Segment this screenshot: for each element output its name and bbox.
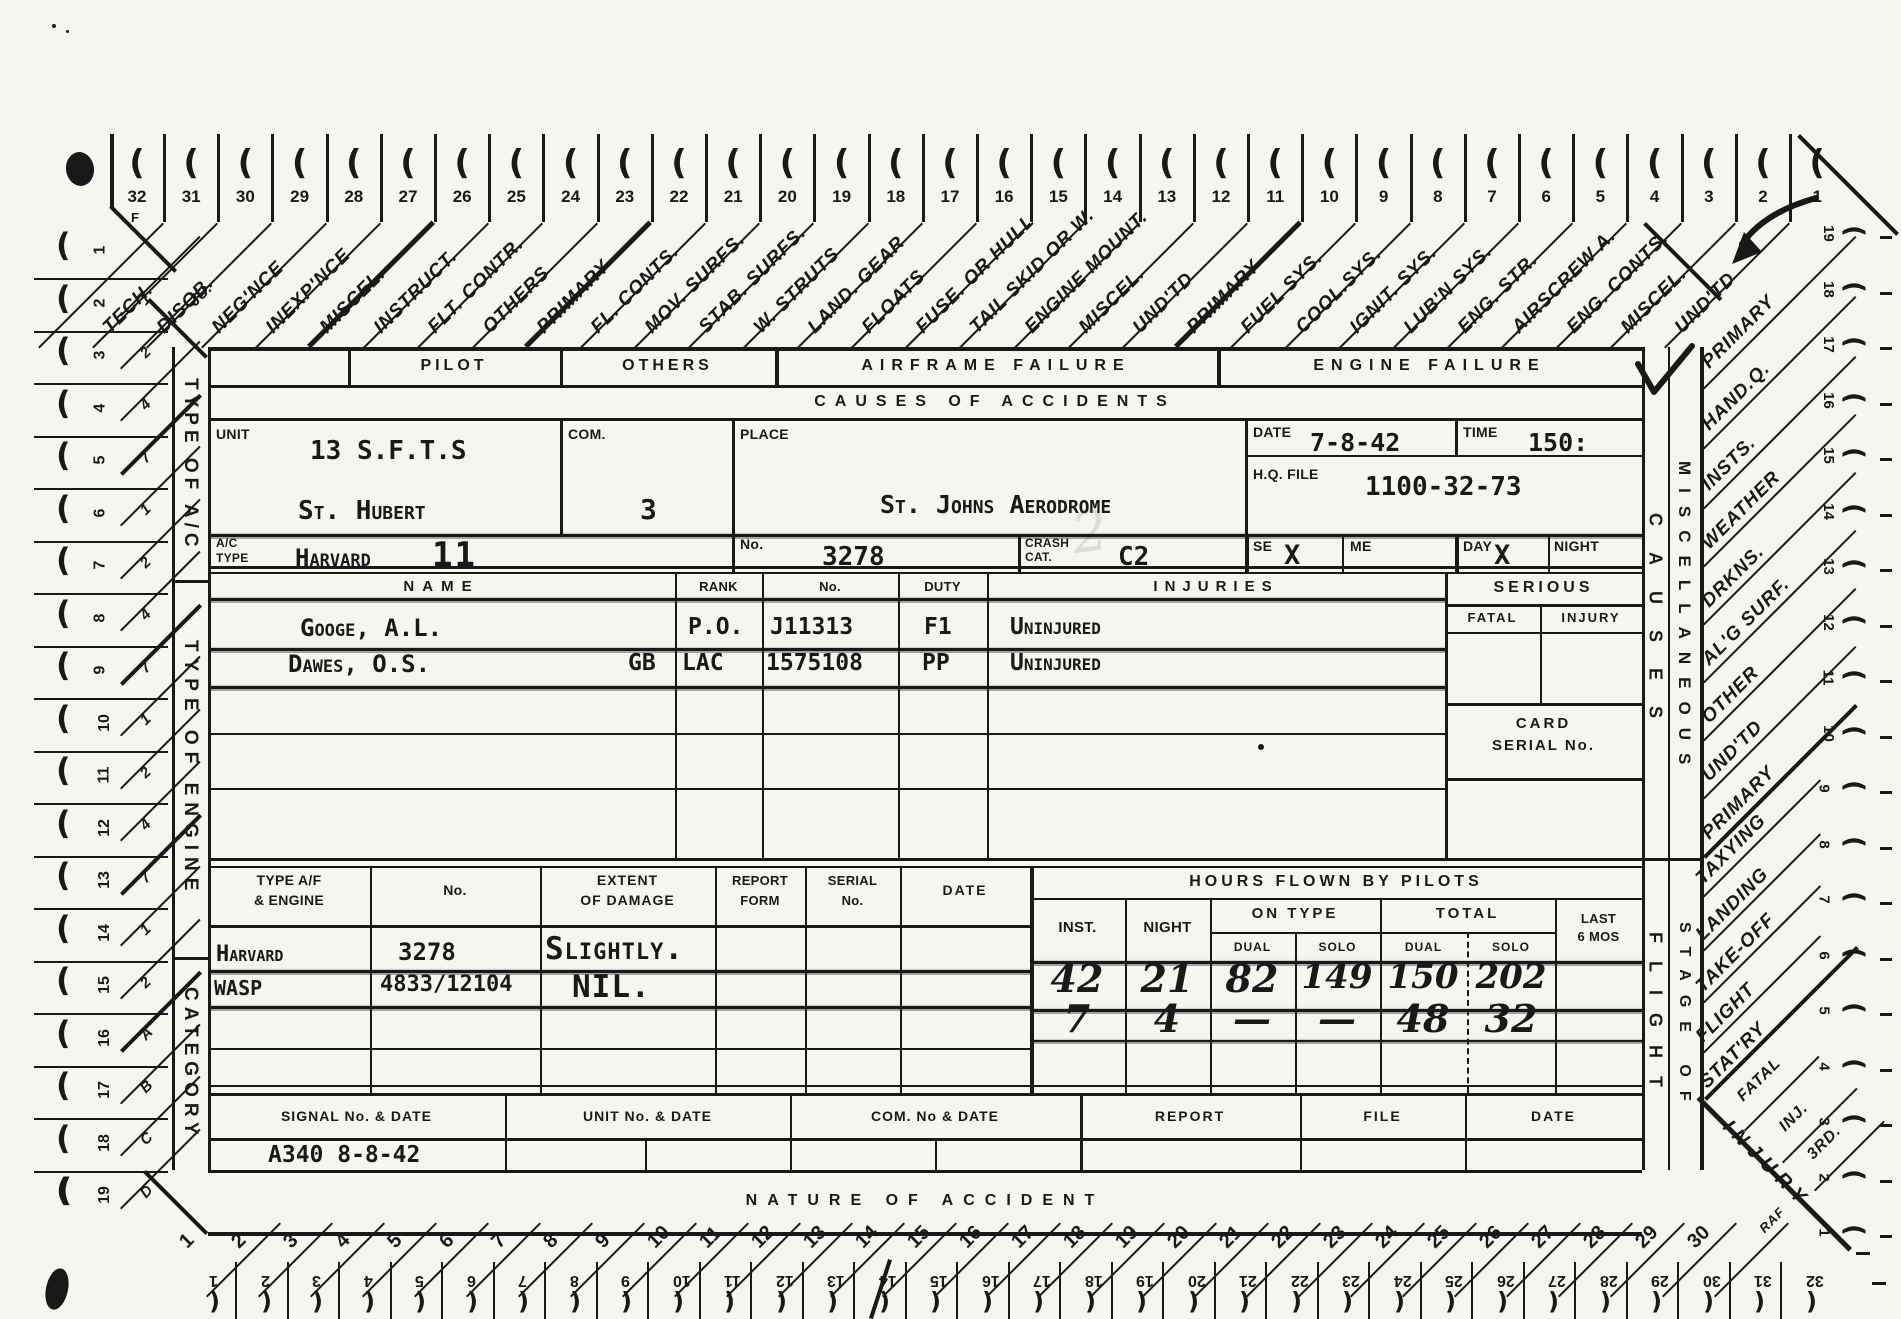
crew-duty: F1 <box>924 616 952 639</box>
punch-column-divider <box>1030 134 1033 222</box>
punch-column-divider <box>813 134 816 222</box>
punch-number: 15 <box>97 976 113 994</box>
header-airframe-failure: AIRFRAME FAILURE <box>775 347 1217 385</box>
punch-bracket: ( <box>1747 146 1779 180</box>
punch-number-reversed: 30 <box>1703 1272 1721 1288</box>
right-strip-flight: FLIGHT <box>1642 868 1668 1168</box>
punch-sub-label: 1 <box>137 711 154 728</box>
punch-column-divider <box>1214 1262 1216 1319</box>
punch-bracket: ( <box>56 544 71 576</box>
punch-bracket: ( <box>261 1290 272 1314</box>
crew-rank: LAC <box>682 652 724 675</box>
punch-number: 9 <box>1368 188 1400 205</box>
punch-bracket: ( <box>1806 1290 1817 1314</box>
hours-value: 149 <box>1291 960 1383 994</box>
punch-number: 19 <box>1821 225 1836 242</box>
damage-header-date: DATE <box>900 882 1030 900</box>
hours-value: 7 <box>1031 1000 1123 1038</box>
right-strip-causes: CAUSES <box>1642 400 1668 858</box>
rule-line <box>34 698 168 700</box>
punch-number: 6 <box>1817 951 1832 959</box>
punch-number: 1 <box>92 246 108 255</box>
punch-bracket: ( <box>1841 281 1867 293</box>
punch-number: 4 <box>92 403 108 412</box>
damage-no: 4833/12104 <box>380 974 512 996</box>
punch-bracket: ( <box>229 146 261 180</box>
punch-sub-label: C <box>137 1130 155 1148</box>
punch-column-divider <box>542 134 545 222</box>
punch-column-divider <box>922 134 925 222</box>
cause-label-top: LAND. GEAR <box>804 233 908 337</box>
punch-number-reversed: 19 <box>1136 1272 1154 1288</box>
punch-column-divider <box>705 134 708 222</box>
punch-number: 4 <box>1817 1062 1832 1070</box>
punch-bracket: ( <box>1548 1290 1559 1314</box>
punch-number-reversed: 13 <box>827 1272 845 1288</box>
punch-bracket: ( <box>1259 146 1291 180</box>
ink-speck <box>66 30 69 33</box>
rule-line <box>1245 455 1642 457</box>
punch-number-reversed: 23 <box>1342 1272 1360 1288</box>
punch-bracket: ( <box>555 146 587 180</box>
left-section-type-of-ac: TYPE OF A/C <box>172 352 208 578</box>
punch-number: 27 <box>392 188 424 205</box>
punch-dash <box>1880 736 1892 739</box>
punch-number-reversed: 18 <box>1085 1272 1103 1288</box>
hours-title: HOURS FLOWN BY PILOTS <box>1030 868 1642 896</box>
rule-line <box>208 648 1445 651</box>
rule-line <box>1445 632 1642 634</box>
punch-number-reversed: 24 <box>1394 1272 1412 1288</box>
punch-number: 9 <box>92 666 108 675</box>
punch-column-divider <box>493 1262 495 1319</box>
punch-number-reversed: 31 <box>1754 1272 1772 1288</box>
punch-sub-label: D <box>137 1182 155 1200</box>
rule-line <box>1300 1093 1302 1170</box>
rule-line <box>1445 604 1642 607</box>
punch-bracket: ( <box>827 1290 838 1314</box>
punch-number-reversed: 17 <box>1033 1272 1051 1288</box>
punch-number-reversed: 5 <box>415 1272 424 1288</box>
punch-bracket: ( <box>1291 1290 1302 1314</box>
date-col-header: DATE <box>1465 1100 1642 1134</box>
punch-column-divider <box>1368 1262 1370 1319</box>
punch-number: 26 <box>446 188 478 205</box>
damage-no: 3278 <box>398 940 456 964</box>
names-header-duty: DUTY <box>898 576 987 598</box>
rule-line <box>560 347 563 385</box>
punch-number: 14 <box>97 924 113 942</box>
rule-line <box>34 961 168 963</box>
punch-number-diagonal: 1 <box>176 1230 198 1252</box>
punch-sub-label: A <box>137 1025 155 1043</box>
header-engine-failure: ENGINE FAILURE <box>1217 347 1642 385</box>
raf-label: RAF <box>1757 1205 1787 1235</box>
damage-header-type-line1: TYPE A/F <box>208 872 370 890</box>
hours-value: 32 <box>1465 1000 1557 1038</box>
rule-line <box>1540 604 1542 703</box>
punch-number: 6 <box>92 508 108 517</box>
hours-header-total-solo: SOLO <box>1467 938 1555 956</box>
right-strip-stage-of: STAGE OF <box>1668 868 1700 1168</box>
punch-sub-letter: F <box>131 211 139 224</box>
punch-dash <box>1880 347 1892 350</box>
punch-dash <box>1880 1013 1892 1016</box>
rule-line <box>505 1093 507 1170</box>
punch-column-divider <box>1677 1262 1679 1319</box>
punch-dash <box>1880 569 1892 572</box>
punch-bracket: ( <box>776 1290 787 1314</box>
damage-type: WASP <box>214 978 262 998</box>
punch-column-divider <box>271 134 274 222</box>
punch-bracket: ( <box>392 146 424 180</box>
crew-injuries: Uninjured <box>1010 652 1101 675</box>
punch-bracket: ( <box>1085 1290 1096 1314</box>
hours-value: — <box>1206 1000 1298 1038</box>
punch-number: 31 <box>175 188 207 205</box>
punch-number: 16 <box>1821 392 1836 409</box>
rule-line <box>34 856 168 858</box>
punch-column-divider <box>1464 134 1467 222</box>
punch-bracket: ( <box>518 1290 529 1314</box>
rule-line <box>775 347 779 385</box>
crew-name-suffix: GB <box>628 652 656 675</box>
day-value: X <box>1494 542 1510 569</box>
hours-value: 4 <box>1121 1000 1213 1038</box>
causes-of-accidents-title: CAUSES OF ACCIDENTS <box>348 385 1642 418</box>
punch-number-reversed: 27 <box>1548 1272 1566 1288</box>
punch-column-divider <box>1008 1262 1010 1319</box>
punch-column-divider <box>1572 134 1575 222</box>
punch-column-divider <box>1317 1262 1319 1319</box>
punch-number: 16 <box>988 188 1020 205</box>
punch-number: 2 <box>92 298 108 307</box>
crew-injuries: Uninjured <box>1010 616 1101 639</box>
punch-bracket: ( <box>56 229 71 261</box>
rule-line <box>34 436 168 438</box>
crew-no: 1575108 <box>766 652 863 675</box>
rule-line <box>900 866 902 1093</box>
rule-line <box>790 1093 792 1170</box>
punch-number-reversed: 11 <box>724 1272 741 1288</box>
cause-label-right: 3RD. <box>1805 1123 1845 1163</box>
punch-bracket: ( <box>663 146 695 180</box>
punch-bracket: ( <box>1841 891 1867 903</box>
rule-line <box>1217 347 1221 385</box>
punch-column-divider <box>1626 134 1629 222</box>
punch-number-reversed: 7 <box>518 1272 527 1288</box>
punch-sub-label: 7 <box>137 449 154 466</box>
punch-column-divider <box>1355 134 1358 222</box>
punch-bracket: ( <box>1497 1290 1508 1314</box>
punch-bracket: ( <box>1097 146 1129 180</box>
diagonal-line <box>1703 704 1858 859</box>
punch-bracket: ( <box>56 597 71 629</box>
punch-column-divider <box>1626 1262 1628 1319</box>
hours-header-last6-line1: LAST <box>1555 910 1642 928</box>
punch-bracket: ( <box>56 859 71 891</box>
punch-sub-label: 2 <box>137 554 154 571</box>
rule-line <box>34 803 168 805</box>
punch-column-divider <box>1301 134 1304 222</box>
punch-dash <box>1880 791 1892 794</box>
rule-line <box>208 1048 1030 1050</box>
punch-sub-label: 2 <box>137 764 154 781</box>
punch-number-reversed: 26 <box>1497 1272 1515 1288</box>
punch-number-reversed: 15 <box>930 1272 948 1288</box>
punch-sub-label: 1 <box>137 501 154 518</box>
rule-line <box>34 331 168 333</box>
punch-column-divider <box>1735 134 1738 222</box>
punch-number-reversed: 16 <box>982 1272 1000 1288</box>
punch-number: 17 <box>97 1081 113 1099</box>
punch-number: 9 <box>1817 784 1832 792</box>
punch-column-divider <box>441 1262 443 1319</box>
rule-line <box>208 686 1445 689</box>
punch-bracket: ( <box>1136 1290 1147 1314</box>
punch-number: 7 <box>1817 895 1832 903</box>
punch-number: 4 <box>1639 188 1671 205</box>
punch-bracket: ( <box>1042 146 1074 180</box>
punch-column-divider <box>163 134 166 222</box>
names-header-name: NAME <box>208 572 675 600</box>
punch-number: 19 <box>826 188 858 205</box>
right-strip-miscellaneous: MISCELLANEOUS <box>1668 380 1700 858</box>
punch-bracket: ( <box>1205 146 1237 180</box>
punch-bracket: ( <box>930 1290 941 1314</box>
damage-header-report-line1: REPORT <box>715 872 805 890</box>
punch-number-reversed: 1 <box>209 1272 218 1288</box>
time-label: TIME <box>1463 424 1498 442</box>
rule-line <box>34 1118 168 1120</box>
signal-header: SIGNAL No. & DATE <box>208 1100 505 1134</box>
rule-line <box>935 1138 937 1170</box>
ink-dot <box>1258 744 1264 750</box>
punch-bracket: ( <box>446 146 478 180</box>
punch-column-divider <box>1410 134 1413 222</box>
punch-bracket: ( <box>1754 1290 1765 1314</box>
punch-bracket: ( <box>1841 780 1867 792</box>
hours-header-night: NIGHT <box>1125 918 1210 938</box>
punch-bracket: ( <box>1841 669 1867 681</box>
punch-number-reversed: 9 <box>621 1272 630 1288</box>
hours-value: 150 <box>1377 960 1469 994</box>
crew-duty: PP <box>922 652 950 675</box>
rule-line <box>34 488 168 490</box>
punch-sub-diagonal <box>120 1128 201 1209</box>
punch-number: 18 <box>1821 281 1836 298</box>
rule-line <box>34 278 168 280</box>
punch-bracket: ( <box>988 146 1020 180</box>
punch-bracket: ( <box>724 1290 735 1314</box>
punch-number: 14 <box>1097 188 1129 205</box>
punch-bracket: ( <box>1841 392 1867 404</box>
punch-number: 25 <box>500 188 532 205</box>
punch-number: 13 <box>1151 188 1183 205</box>
hours-header-ontype: ON TYPE <box>1210 904 1380 924</box>
punch-number: 11 <box>1259 188 1291 205</box>
punch-bracket: ( <box>56 387 71 419</box>
punch-number: 8 <box>92 613 108 622</box>
punch-column-divider <box>390 1262 392 1319</box>
punch-bracket: ( <box>880 146 912 180</box>
rule-line <box>1455 418 1458 455</box>
card-serial-label-line1: CARD <box>1445 714 1642 734</box>
punch-bracket: ( <box>56 754 71 786</box>
rule-line <box>208 534 1642 537</box>
punch-bracket: ( <box>56 334 71 366</box>
rule-line <box>1445 572 1448 858</box>
punch-bracket: ( <box>1841 725 1867 737</box>
punch-number: 7 <box>92 561 108 570</box>
punch-bracket: ( <box>56 702 71 734</box>
punch-bracket: ( <box>1841 503 1867 515</box>
rule-line <box>34 908 168 910</box>
punch-number: 17 <box>934 188 966 205</box>
punch-number-reversed: 29 <box>1651 1272 1669 1288</box>
punch-mark-blob <box>42 1266 72 1312</box>
punch-column-divider <box>853 1262 855 1319</box>
punch-column-divider <box>1789 134 1792 222</box>
punch-bracket: ( <box>1151 146 1183 180</box>
punch-column-divider <box>287 1262 289 1319</box>
punch-column-divider <box>868 134 871 222</box>
header-others: OTHERS <box>560 347 775 385</box>
punch-number: 16 <box>97 1029 113 1047</box>
punch-number-reversed: 22 <box>1291 1272 1309 1288</box>
hours-value: 21 <box>1121 960 1213 998</box>
punch-column-divider <box>1193 134 1196 222</box>
rule-line <box>208 788 1445 790</box>
report-header: REPORT <box>1080 1100 1300 1134</box>
punch-bracket: ( <box>673 1290 684 1314</box>
damage-extent: NIL. <box>572 972 651 1003</box>
punch-bracket: ( <box>982 1290 993 1314</box>
rule-line <box>34 593 168 595</box>
punch-bracket: ( <box>56 1174 71 1206</box>
punch-dash <box>1880 236 1892 239</box>
punch-number-reversed: 32 <box>1806 1272 1824 1288</box>
punch-column-divider <box>802 1262 804 1319</box>
punch-number: 5 <box>1584 188 1616 205</box>
punch-sub-label: 4 <box>137 816 154 833</box>
punch-column-divider <box>1518 134 1521 222</box>
punch-number: 22 <box>663 188 695 205</box>
punch-number: 12 <box>1205 188 1237 205</box>
punch-bracket: ( <box>209 1290 220 1314</box>
punch-number: 29 <box>284 188 316 205</box>
rule-line <box>208 1006 1030 1009</box>
punch-number: 12 <box>97 819 113 837</box>
punch-bracket: ( <box>1841 1113 1867 1125</box>
punch-column-divider <box>976 134 979 222</box>
punch-bracket: ( <box>56 649 71 681</box>
diagonal-line <box>1703 296 1856 449</box>
punch-bracket: ( <box>1188 1290 1199 1314</box>
hours-header-total-dual: DUAL <box>1380 938 1467 956</box>
rule-line <box>1700 347 1704 1170</box>
punch-dash <box>1880 902 1892 905</box>
rule-line <box>34 1013 168 1015</box>
com-no-date-header: COM. No & DATE <box>790 1100 1080 1134</box>
rule-line <box>208 1232 1642 1236</box>
names-header-injuries: INJURIES <box>987 572 1445 600</box>
crew-name: Dawes, O.S. <box>288 652 430 676</box>
punch-number: 18 <box>97 1134 113 1152</box>
punch-sub-label: 7 <box>137 659 154 676</box>
rule-line <box>1380 898 1382 1093</box>
rule-line <box>34 541 168 543</box>
names-header-no: No. <box>762 576 898 598</box>
rule-line <box>715 866 717 1093</box>
cause-label-top: DISOB. <box>154 273 218 337</box>
punch-number-reversed: 20 <box>1188 1272 1206 1288</box>
rule-line <box>1642 347 1645 1170</box>
diagonal-line <box>1703 646 1856 799</box>
punch-column-divider <box>699 1262 701 1319</box>
punch-dash <box>1880 625 1892 628</box>
punch-number: 19 <box>97 1186 113 1204</box>
punch-bracket: ( <box>1445 1290 1456 1314</box>
punch-bracket: ( <box>1239 1290 1250 1314</box>
rule-line <box>208 925 1030 928</box>
unit-value-line1: 13 S.F.T.S <box>310 438 467 464</box>
signal-value: A340 8-8-42 <box>268 1144 420 1167</box>
punch-bracket: ( <box>1639 146 1671 180</box>
crew-no: J11313 <box>770 616 853 639</box>
punch-number: 20 <box>771 188 803 205</box>
punch-number: 3 <box>92 351 108 360</box>
date-label: DATE <box>1253 424 1291 442</box>
punch-column-divider <box>1420 1262 1422 1319</box>
damage-extent: Slightly. <box>545 934 684 965</box>
punch-number: 24 <box>555 188 587 205</box>
punch-number: 6 <box>1530 188 1562 205</box>
damage-type: Harvard <box>216 944 283 966</box>
punch-number-reversed: 6 <box>467 1272 476 1288</box>
punch-dash <box>1856 1252 1870 1255</box>
rule-line <box>805 866 807 1093</box>
punch-number: 15 <box>1821 447 1836 464</box>
punch-column-divider <box>380 134 383 222</box>
punch-number: 7 <box>1476 188 1508 205</box>
punch-column-divider <box>326 134 329 222</box>
corner-line <box>109 205 177 273</box>
punch-bracket: ( <box>717 146 749 180</box>
rule-line <box>1555 898 1557 1093</box>
rule-line <box>34 383 168 385</box>
punch-bracket: ( <box>56 282 71 314</box>
damage-header-serial-line2: No. <box>805 892 900 910</box>
injury-header: INJURY <box>1540 606 1642 630</box>
punch-column-divider <box>596 1262 598 1319</box>
punch-bracket: ( <box>570 1290 581 1314</box>
punch-bracket: ( <box>312 1290 323 1314</box>
punch-sub-label: B <box>137 1077 155 1095</box>
rule-line <box>1445 703 1642 706</box>
rule-line <box>208 385 1642 388</box>
nature-of-accident-title: NATURE OF ACCIDENT <box>208 1174 1642 1228</box>
punch-dash <box>1880 847 1892 850</box>
punch-column-divider <box>1111 1262 1113 1319</box>
rule-line <box>208 1093 1642 1096</box>
crash-cat-label-line1: CRASH <box>1025 536 1069 551</box>
hours-header-inst: INST. <box>1030 918 1125 938</box>
time-value: 150: <box>1528 430 1588 455</box>
punch-column-divider <box>759 134 762 222</box>
punch-bracket: ( <box>364 1290 375 1314</box>
rule-line <box>208 1085 1642 1087</box>
